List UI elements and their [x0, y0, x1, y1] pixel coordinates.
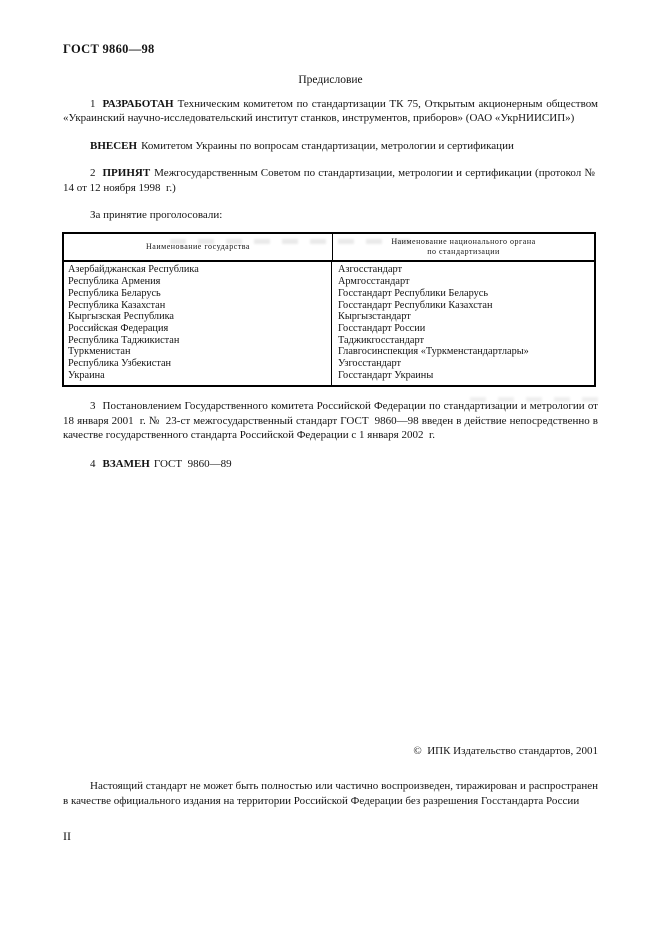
table-row: Республика ТаджикистанТаджикгосстандарт [64, 335, 594, 347]
page-number: II [63, 829, 71, 844]
standards-body-cell: Таджикгосстандарт [332, 335, 594, 347]
item-text: Комитетом Украины по вопросам стандартиз… [141, 140, 514, 152]
column-header-body: Наименование национального органа по ста… [332, 234, 594, 260]
column-header-state: Наименование государства [64, 234, 332, 260]
restriction-notice: Настоящий стандарт не может быть полност… [63, 779, 598, 808]
preface-item-1: 1РАЗРАБОТАНТехническим комитетом по стан… [63, 97, 598, 126]
preface-item-vnesen: ВНЕСЕНКомитетом Украины по вопросам стан… [63, 139, 598, 153]
state-name-cell: Республика Таджикистан [64, 335, 332, 347]
state-name-cell: Республика Армения [64, 276, 332, 288]
item-keyword: РАЗРАБОТАН [103, 98, 174, 110]
standards-body-cell: Узгосстандарт [332, 358, 594, 370]
table-row: Республика КазахстанГосстандарт Республи… [64, 300, 594, 312]
state-name-cell: Республика Казахстан [64, 300, 332, 312]
item-keyword: ПРИНЯТ [103, 167, 151, 179]
table-header-row: Наименование государства Наименование на… [64, 234, 594, 262]
voting-table: Наименование государства Наименование на… [62, 232, 596, 387]
standards-body-cell: Госстандарт России [332, 323, 594, 335]
standards-body-cell: Азгосстандарт [332, 264, 594, 276]
preface-item-4: 4ВЗАМЕНГОСТ 9860—89 [63, 457, 598, 471]
preface-item-3: 3Постановлением Государственного комитет… [63, 399, 598, 442]
state-name-cell: Кыргызская Республика [64, 311, 332, 323]
item-keyword: ВЗАМЕН [103, 458, 150, 470]
document-code: ГОСТ 9860—98 [63, 42, 155, 57]
standards-body-cell: Кыргызстандарт [332, 311, 594, 323]
table-row: Республика АрменияАрмгосстандарт [64, 276, 594, 288]
table-row: Российская ФедерацияГосстандарт России [64, 323, 594, 335]
state-name-cell: Российская Федерация [64, 323, 332, 335]
state-name-cell: Украина [64, 370, 332, 382]
table-row: Азербайджанская РеспубликаАзгосстандарт [64, 264, 594, 276]
standards-body-cell: Госстандарт Республики Беларусь [332, 288, 594, 300]
standards-body-cell: Госстандарт Республики Казахстан [332, 300, 594, 312]
standards-body-cell: Главгосинспекция «Туркменстандартлары» [332, 346, 594, 358]
section-title: Предисловие [0, 74, 661, 86]
table-row: ТуркменистанГлавгосинспекция «Туркменста… [64, 346, 594, 358]
state-name-cell: Туркменистан [64, 346, 332, 358]
table-row: Республика БеларусьГосстандарт Республик… [64, 288, 594, 300]
preface-content: 1РАЗРАБОТАНТехническим комитетом по стан… [63, 97, 598, 471]
item-number: 1 [90, 98, 96, 110]
document-page: ГОСТ 9860—98 Предисловие 1РАЗРАБОТАНТехн… [0, 0, 661, 936]
column-header-body-line1: Наименование национального органа [391, 237, 535, 247]
standards-body-cell: Госстандарт Украины [332, 370, 594, 382]
copyright-line: © ИПК Издательство стандартов, 2001 [413, 745, 598, 757]
item-text: ГОСТ 9860—89 [154, 458, 232, 470]
state-name-cell: Республика Узбекистан [64, 358, 332, 370]
item-number: 3 [90, 400, 96, 412]
item-number: 2 [90, 167, 96, 179]
item-text: Постановлением Государственного комитета… [63, 400, 598, 441]
preface-item-2: 2ПРИНЯТМежгосударственным Советом по ста… [63, 166, 598, 195]
state-name-cell: Республика Беларусь [64, 288, 332, 300]
table-row: Кыргызская РеспубликаКыргызстандарт [64, 311, 594, 323]
state-name-cell: Азербайджанская Республика [64, 264, 332, 276]
item-keyword: ВНЕСЕН [90, 140, 137, 152]
item-number: 4 [90, 458, 96, 470]
table-row: Республика УзбекистанУзгосстандарт [64, 358, 594, 370]
standards-body-cell: Армгосстандарт [332, 276, 594, 288]
column-header-body-line2: по стандартизации [427, 247, 500, 257]
table-row: УкраинаГосстандарт Украины [64, 370, 594, 382]
table-body: Азербайджанская РеспубликаАзгосстандартР… [64, 262, 594, 385]
vote-caption: За принятие проголосовали: [63, 208, 598, 222]
